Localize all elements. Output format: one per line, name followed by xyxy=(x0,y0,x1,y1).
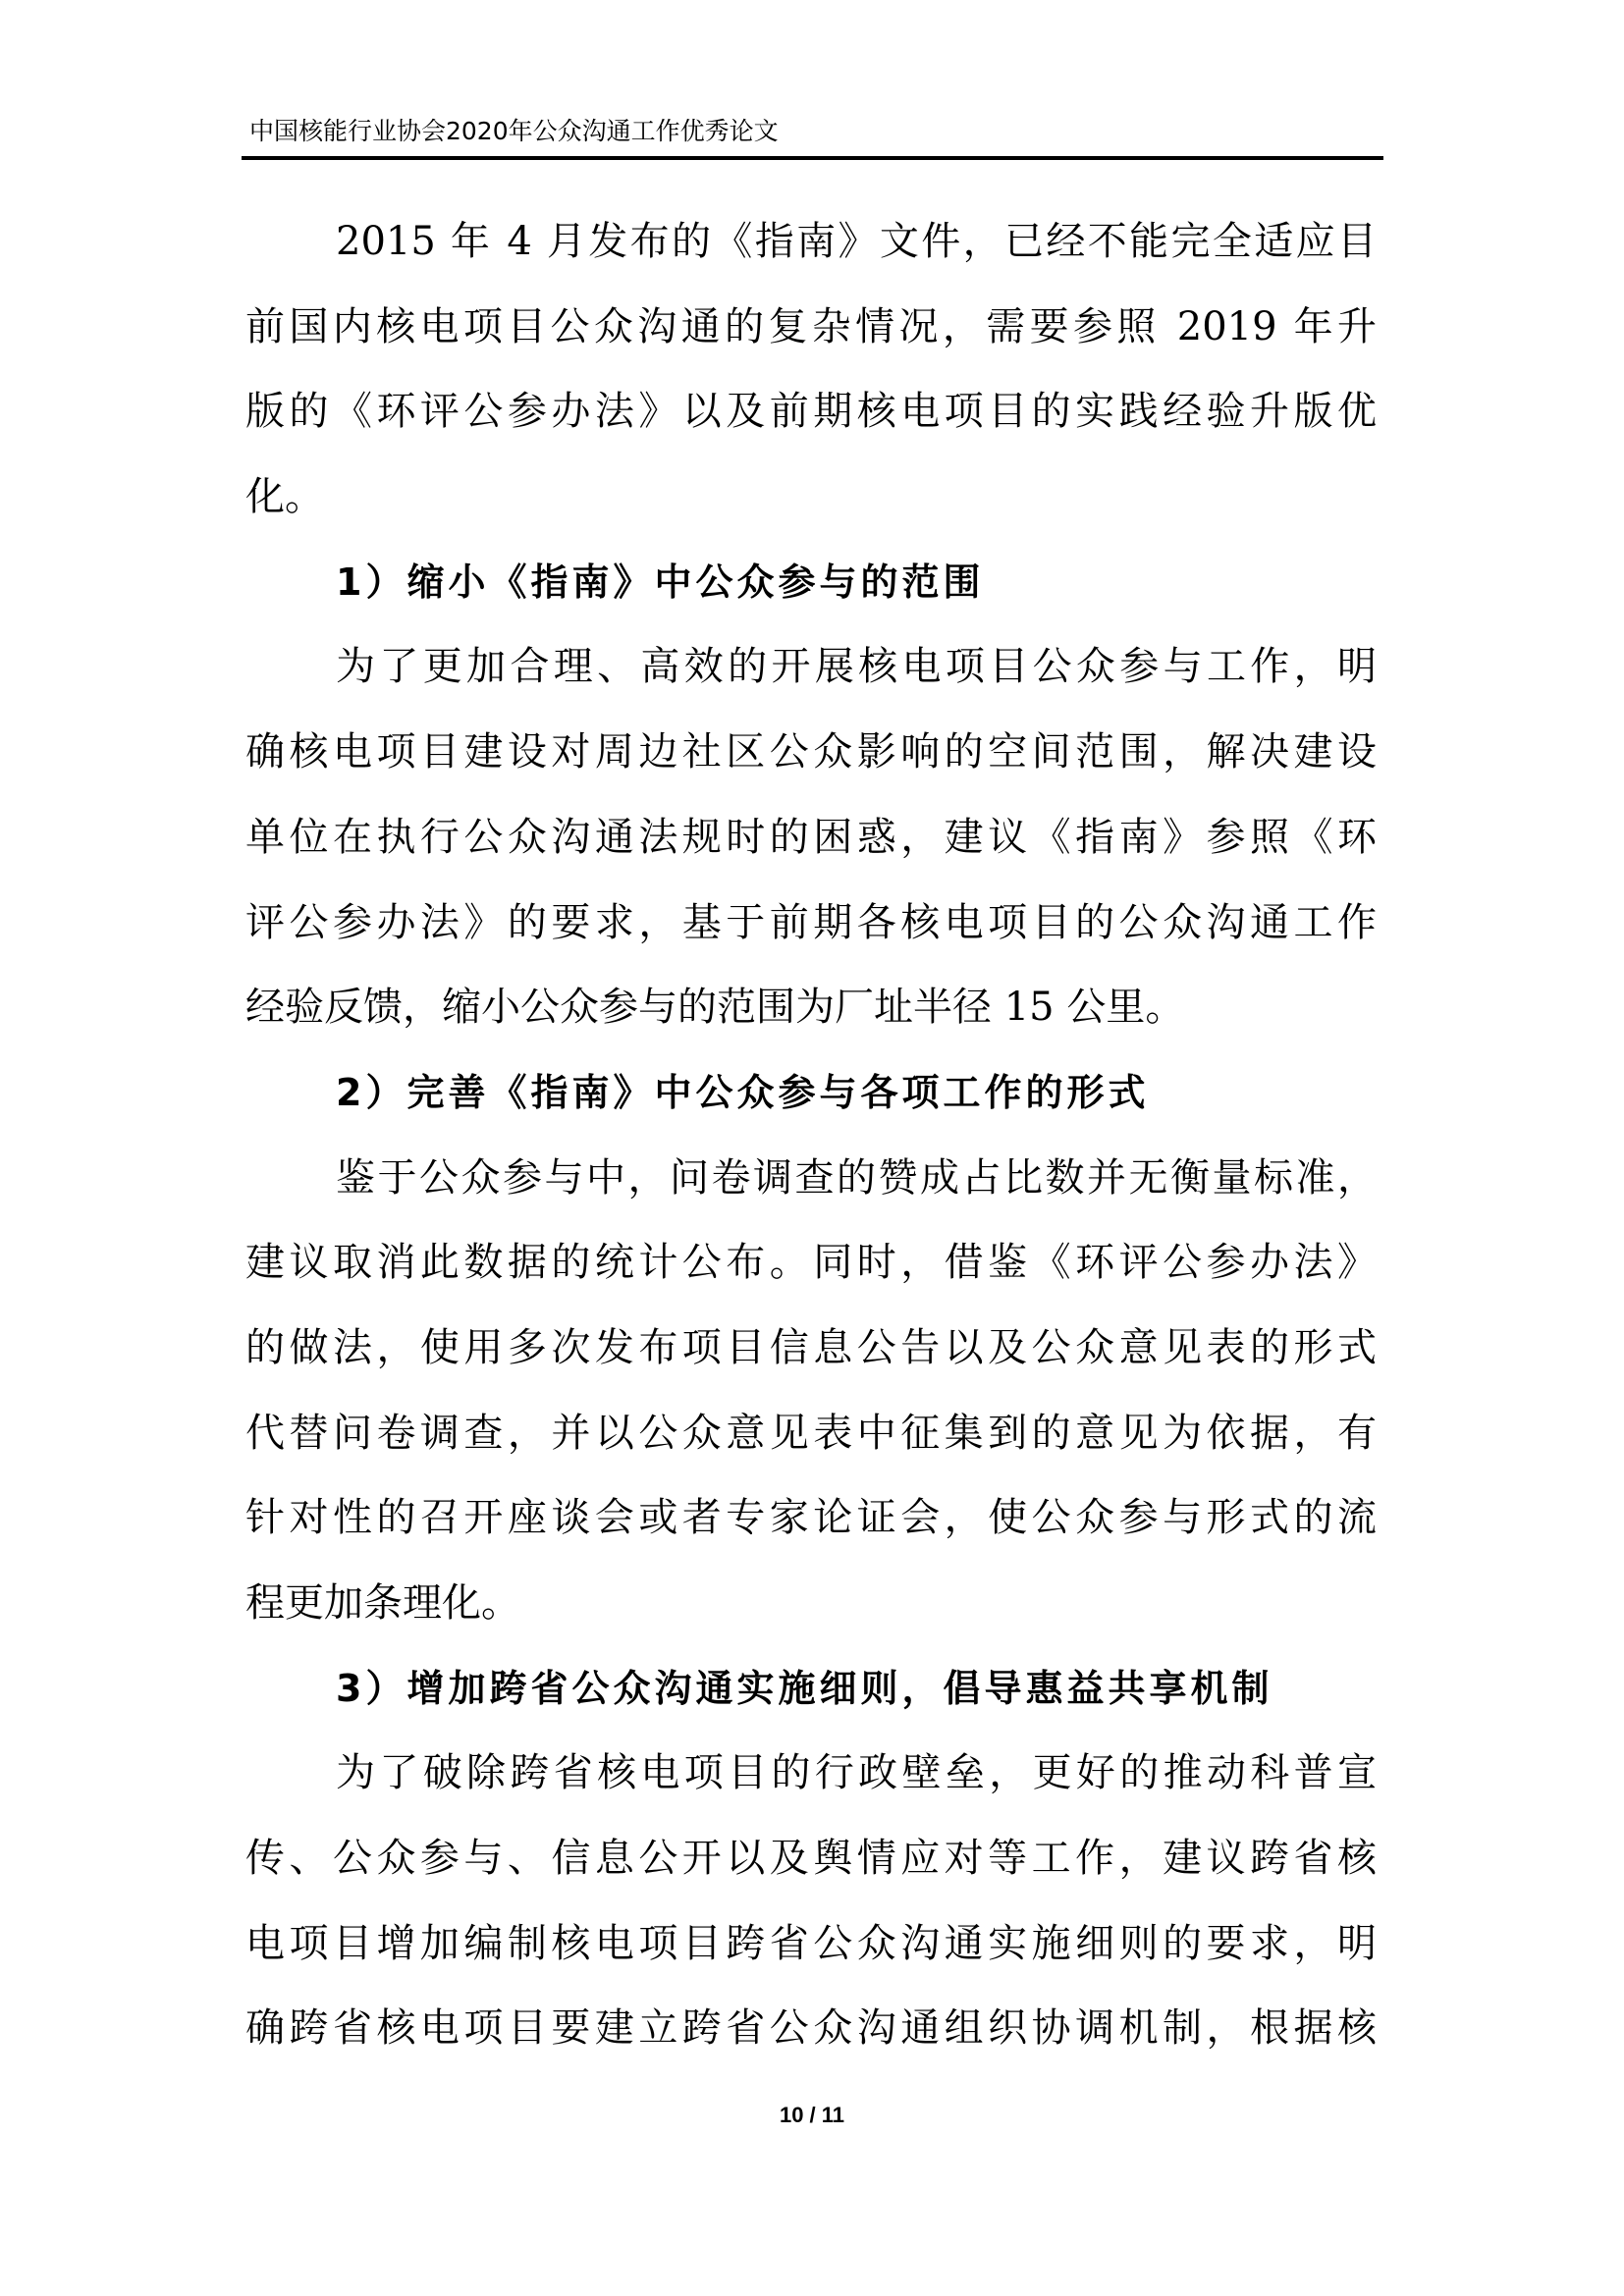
page-number: 10 / 11 xyxy=(0,2103,1624,2128)
text-line: 版的《环评公参办法》以及前期核电项目的实践经验升版优 xyxy=(245,369,1377,454)
text-line: 建议取消此数据的统计公布。同时，借鉴《环评公参办法》 xyxy=(245,1220,1377,1306)
text-line: 确核电项目建设对周边社区公众影响的空间范围，解决建设 xyxy=(245,710,1377,795)
text-line: 针对性的召开座谈会或者专家论证会，使公众参与形式的流 xyxy=(245,1475,1377,1561)
header-rule xyxy=(242,156,1383,160)
paragraph-1: 2015 年 4 月发布的《指南》文件，已经不能完全适应目 前国内核电项目公众沟… xyxy=(245,199,1377,540)
text-line: 经验反馈，缩小公众参与的范围为厂址半径 15 公里。 xyxy=(245,965,1377,1050)
document-body: 2015 年 4 月发布的《指南》文件，已经不能完全适应目 前国内核电项目公众沟… xyxy=(245,199,1377,2071)
text-line: 电项目增加编制核电项目跨省公众沟通实施细则的要求，明 xyxy=(245,1901,1377,1987)
text-line: 评公参办法》的要求，基于前期各核电项目的公众沟通工作 xyxy=(245,881,1377,966)
text-line: 为了破除跨省核电项目的行政壁垒，更好的推动科普宣 xyxy=(245,1731,1377,1816)
text-line: 2015 年 4 月发布的《指南》文件，已经不能完全适应目 xyxy=(245,199,1377,285)
text-line: 确跨省核电项目要建立跨省公众沟通组织协调机制，根据核 xyxy=(245,1986,1377,2071)
text-line: 鉴于公众参与中，问卷调查的赞成占比数并无衡量标准， xyxy=(245,1136,1377,1221)
text-line: 为了更加合理、高效的开展核电项目公众参与工作，明 xyxy=(245,624,1377,710)
section-heading-1: 1）缩小《指南》中公众参与的范围 xyxy=(245,540,1377,625)
text-line: 代替问卷调查，并以公众意见表中征集到的意见为依据，有 xyxy=(245,1391,1377,1476)
section-heading-2: 2）完善《指南》中公众参与各项工作的形式 xyxy=(245,1050,1377,1136)
paragraph-2: 为了更加合理、高效的开展核电项目公众参与工作，明 确核电项目建设对周边社区公众影… xyxy=(245,624,1377,1049)
running-header: 中国核能行业协会2020年公众沟通工作优秀论文 xyxy=(249,116,779,147)
paragraph-4: 为了破除跨省核电项目的行政壁垒，更好的推动科普宣 传、公众参与、信息公开以及舆情… xyxy=(245,1731,1377,2071)
text-line: 前国内核电项目公众沟通的复杂情况，需要参照 2019 年升 xyxy=(245,285,1377,370)
section-heading-3: 3）增加跨省公众沟通实施细则，倡导惠益共享机制 xyxy=(245,1646,1377,1732)
text-line: 单位在执行公众沟通法规时的困惑，建议《指南》参照《环 xyxy=(245,795,1377,881)
text-line: 程更加条理化。 xyxy=(245,1561,1377,1646)
text-line: 传、公众参与、信息公开以及舆情应对等工作，建议跨省核 xyxy=(245,1816,1377,1901)
text-line: 化。 xyxy=(245,454,1377,540)
document-page: 中国核能行业协会2020年公众沟通工作优秀论文 2015 年 4 月发布的《指南… xyxy=(0,0,1624,2296)
text-line: 的做法，使用多次发布项目信息公告以及公众意见表的形式 xyxy=(245,1306,1377,1391)
paragraph-3: 鉴于公众参与中，问卷调查的赞成占比数并无衡量标准， 建议取消此数据的统计公布。同… xyxy=(245,1136,1377,1646)
